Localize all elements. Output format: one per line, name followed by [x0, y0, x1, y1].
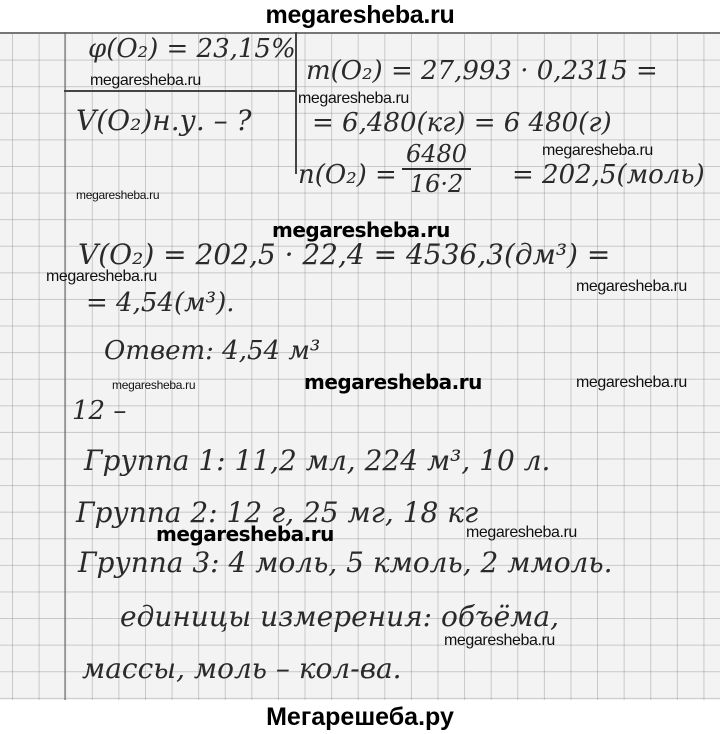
watermark: megaresheba.ru	[76, 188, 159, 202]
given-phi: φ(O₂) = 23,15%	[88, 34, 296, 64]
given-divider	[64, 90, 296, 92]
conclusion-line-1: единицы измерения: объёма,	[120, 600, 559, 633]
volume-line-2: = 4,54(м³).	[86, 288, 234, 318]
watermark: megaresheba.ru	[576, 374, 687, 392]
moles-denominator: 16·2	[402, 170, 471, 198]
watermark: megaresheba.ru	[466, 524, 577, 542]
group-3: Группа 3: 4 моль, 5 кмоль, 2 ммоль.	[78, 546, 613, 579]
watermark: megaresheba.ru	[444, 632, 555, 650]
watermark: megaresheba.ru	[112, 378, 195, 392]
given-find: V(O₂)н.у. – ?	[76, 104, 252, 137]
task12-label: 12 –	[72, 396, 126, 426]
mass-line-1: m(O₂) = 27,993 · 0,2315 =	[306, 56, 658, 86]
moles-numerator: 6480	[402, 140, 471, 170]
moles-lhs: n(O₂) =	[298, 160, 397, 190]
answer: Ответ: 4,54 м³	[104, 336, 320, 366]
watermark: megaresheba.ru	[542, 142, 653, 160]
site-header-text: megaresheba.ru	[266, 1, 455, 29]
watermark: megaresheba.ru	[90, 72, 201, 90]
site-footer-text: Мегарешеба.ру	[266, 703, 454, 731]
moles-fraction: 6480 16·2	[402, 140, 471, 198]
watermark: megaresheba.ru	[46, 268, 157, 286]
notebook-page: φ(O₂) = 23,15% megaresheba.ru V(O₂)н.у. …	[0, 32, 720, 700]
watermark-bold: megaresheba.ru	[304, 370, 482, 394]
mass-line-2: = 6,480(кг) = 6 480(г)	[312, 108, 612, 138]
group-1: Группа 1: 11,2 мл, 224 м³, 10 л.	[84, 444, 550, 477]
volume-line-1: V(O₂) = 202,5 · 22,4 = 4536,3(дм³) =	[78, 238, 610, 271]
conclusion-line-2: массы, моль – кол-ва.	[82, 652, 402, 685]
margin-line	[64, 32, 66, 700]
watermark: megaresheba.ru	[576, 278, 687, 296]
site-header: megaresheba.ru	[0, 0, 720, 32]
site-footer: Мегарешеба.ру	[0, 700, 720, 734]
watermark-bold: megaresheba.ru	[156, 522, 334, 546]
watermark: megaresheba.ru	[298, 90, 409, 108]
moles-rhs: = 202,5(моль)	[512, 160, 705, 190]
